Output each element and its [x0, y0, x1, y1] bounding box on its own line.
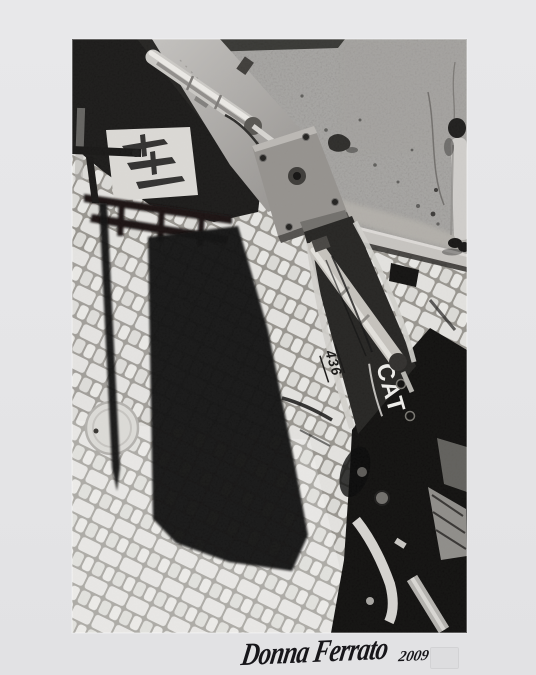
signature-year: 2009 — [397, 648, 430, 666]
print-paper: 436 CAT — [0, 0, 536, 675]
film-grain — [72, 39, 467, 633]
signature-name: Donna Ferrato — [239, 630, 391, 674]
blind-stamp — [430, 647, 459, 669]
photograph: 436 CAT — [72, 39, 467, 633]
photograph-svg: 436 CAT — [72, 39, 467, 633]
